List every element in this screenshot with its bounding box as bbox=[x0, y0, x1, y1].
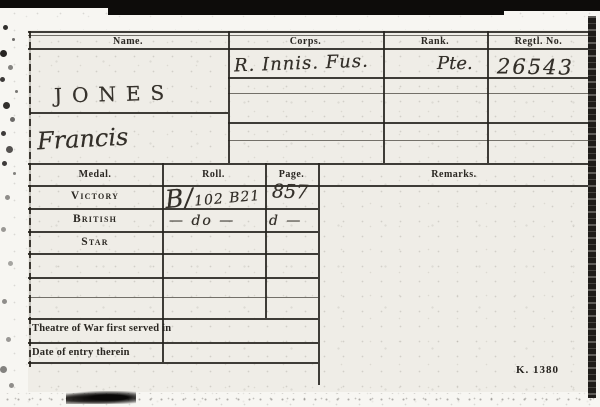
form-reference-number: K. 1380 bbox=[516, 364, 559, 376]
rule-line bbox=[28, 277, 318, 279]
rule-line bbox=[383, 31, 385, 163]
theatre-of-war-label: Theatre of War first served in bbox=[32, 322, 202, 335]
rule-line bbox=[28, 297, 318, 298]
rule-line bbox=[30, 112, 228, 114]
medal-row-victory-label: Victory bbox=[28, 189, 162, 203]
scan-noise-left-edge bbox=[0, 0, 3, 3]
page-column-header: Page. bbox=[265, 168, 318, 181]
handwritten-page-ditto: d — bbox=[269, 213, 302, 229]
scan-smudge-bottom-left bbox=[66, 391, 136, 404]
rule-line bbox=[487, 31, 489, 163]
name-column-header: Name. bbox=[28, 35, 228, 48]
rule-line bbox=[28, 163, 592, 165]
rule-line bbox=[28, 48, 592, 50]
handwritten-page-entry: 857 bbox=[272, 180, 309, 203]
medal-row-british-label: British bbox=[28, 212, 162, 226]
rule-line bbox=[28, 342, 318, 344]
rule-line bbox=[228, 93, 590, 94]
remarks-column-header: Remarks. bbox=[318, 168, 590, 181]
rule-line bbox=[228, 31, 230, 163]
scan-band-top-middle bbox=[108, 0, 504, 15]
scan-band-top-left bbox=[0, 0, 113, 8]
handwritten-corps: R. Innis. Fus. bbox=[234, 51, 369, 77]
rule-line bbox=[228, 122, 590, 124]
rule-line bbox=[28, 362, 318, 364]
corps-column-header: Corps. bbox=[228, 35, 383, 48]
handwritten-surname: JONES bbox=[54, 80, 175, 107]
date-of-entry-label: Date of entry therein bbox=[32, 346, 182, 359]
scan-band-right-edge bbox=[588, 16, 596, 398]
rule-line bbox=[28, 253, 318, 255]
rule-line bbox=[28, 318, 318, 320]
rule-line bbox=[318, 163, 320, 385]
handwritten-rank: Pte. bbox=[437, 53, 473, 74]
rule-line bbox=[28, 31, 592, 33]
regtl-no-column-header: Regtl. No. bbox=[487, 35, 590, 48]
medal-index-card: Name. Corps. Rank. Regtl. No. Medal. Rol… bbox=[28, 30, 592, 392]
medal-column-header: Medal. bbox=[28, 168, 162, 181]
handwritten-forename: Francis bbox=[36, 123, 129, 156]
rule-line bbox=[265, 163, 267, 318]
rule-line bbox=[28, 231, 318, 233]
handwritten-roll-ditto: — do — bbox=[169, 213, 235, 229]
handwritten-regimental-number: 26543 bbox=[497, 54, 574, 79]
rank-column-header: Rank. bbox=[383, 35, 487, 48]
rule-line bbox=[28, 185, 592, 187]
rule-line bbox=[228, 140, 590, 141]
scan-band-top-right bbox=[502, 0, 600, 11]
scanned-medal-index-card: Name. Corps. Rank. Regtl. No. Medal. Rol… bbox=[0, 0, 600, 407]
medal-row-star-label: Star bbox=[28, 235, 162, 249]
